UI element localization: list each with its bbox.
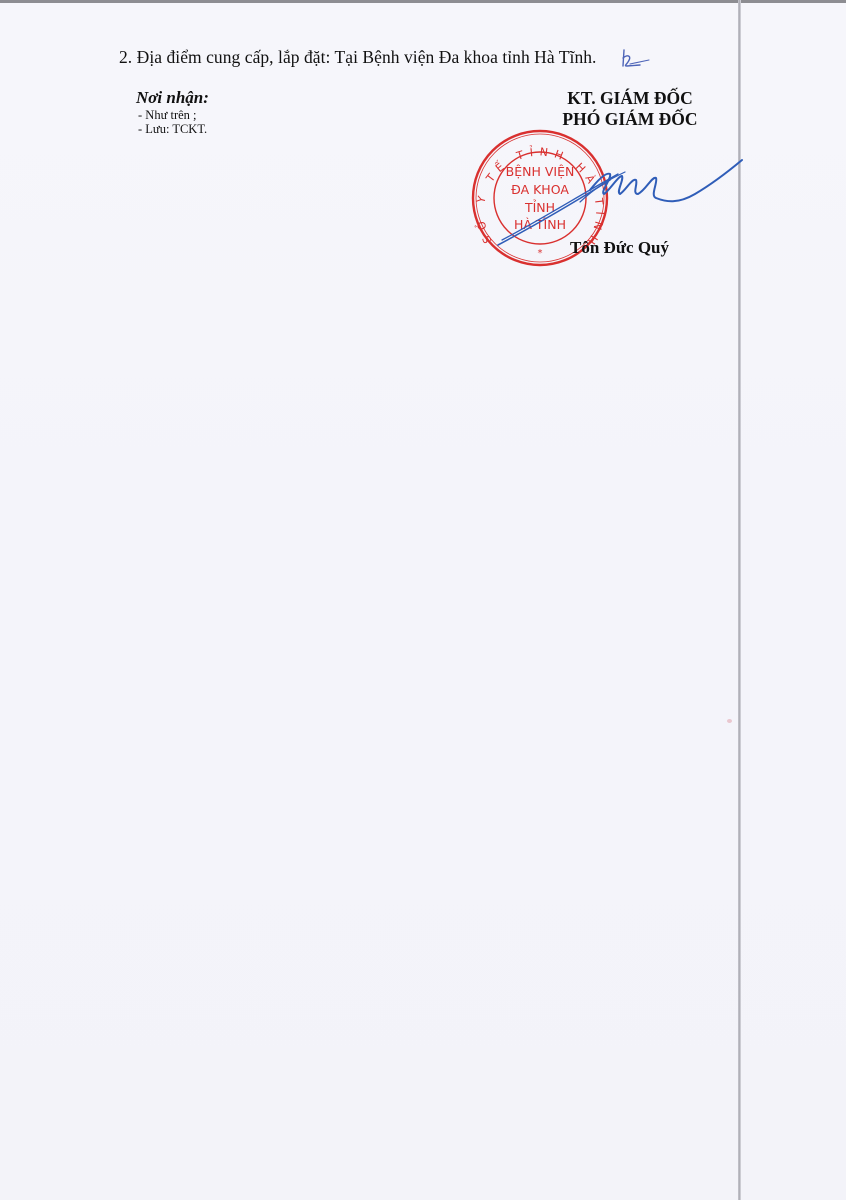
paper-speck <box>727 719 732 723</box>
recipient-item: - Lưu: TCKT. <box>138 122 209 136</box>
recipient-item: - Như trên ; <box>138 108 209 122</box>
recipients-title: Nơi nhận: <box>136 88 209 108</box>
recipients-block: Nơi nhận: - Như trên ; - Lưu: TCKT. <box>136 88 209 136</box>
signer-name: Tôn Đức Quý <box>570 238 669 258</box>
initial-mark-icon <box>618 46 652 72</box>
scan-top-edge <box>0 0 846 3</box>
document-page: 2. Địa điểm cung cấp, lắp đặt: Tại Bệnh … <box>0 0 846 1200</box>
delivery-location-item: 2. Địa điểm cung cấp, lắp đặt: Tại Bệnh … <box>119 47 596 68</box>
signature-title-line1: KT. GIÁM ĐỐC <box>530 88 730 109</box>
signature-block: KT. GIÁM ĐỐC PHÓ GIÁM ĐỐC <box>530 88 730 130</box>
